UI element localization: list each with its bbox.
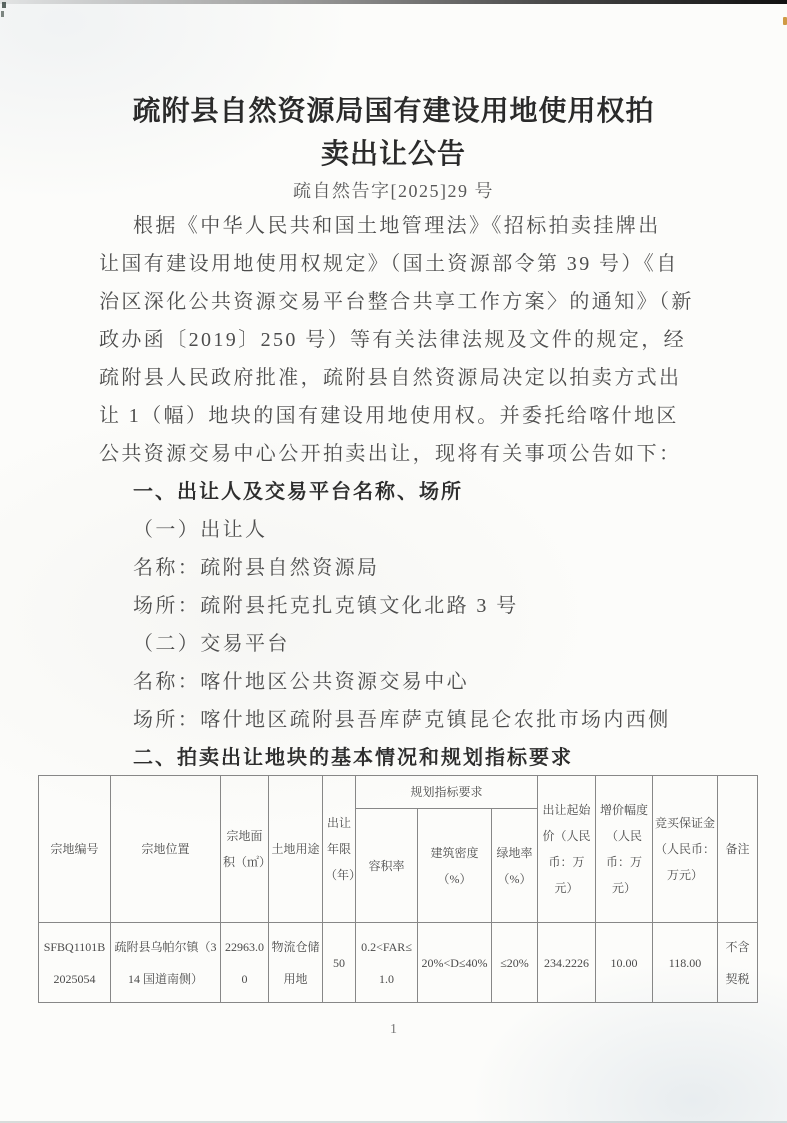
cell-location: 疏附县乌帕尔镇（314 国道南侧）	[111, 923, 221, 1003]
cell-term: 50	[323, 923, 356, 1003]
cell-far: 0.2<FAR≤1.0	[356, 923, 418, 1003]
section-heading-2: 二、拍卖出让地块的基本情况和规划指标要求	[99, 739, 723, 777]
cell-land-use: 物流仓储用地	[269, 923, 323, 1003]
body-line: 让 1（幅）地块的国有建设用地使用权。并委托给喀什地区	[99, 397, 723, 435]
th-planning-group: 规划指标要求	[356, 776, 538, 809]
th-building-density: 建筑密度（%）	[418, 809, 492, 923]
document-title-line: 卖出让公告	[0, 133, 787, 176]
body-line: 疏附县人民政府批准，疏附县自然资源局决定以拍卖方式出	[99, 359, 723, 397]
body-line: 名称：疏附县自然资源局	[99, 549, 723, 587]
scan-mark-topleft-1	[2, 2, 6, 8]
parcel-table: 宗地编号 宗地位置 宗地面积（㎡） 土地用途 出让年限（年） 规划指标要求 出让…	[38, 775, 758, 1003]
body-line: 让国有建设用地使用权规定》（国土资源部令第 39 号）《自	[99, 245, 723, 283]
scan-edge-top	[0, 0, 787, 4]
body-line: 治区深化公共资源交易平台整合共享工作方案〉的通知》（新	[99, 283, 723, 321]
page-number: 1	[0, 1022, 787, 1038]
scan-mark-topleft-2	[1, 11, 4, 17]
body-line: 场所：疏附县托克扎克镇文化北路 3 号	[99, 587, 723, 625]
body-line: 名称：喀什地区公共资源交易中心	[99, 663, 723, 701]
body-line: 场所：喀什地区疏附县吾库萨克镇昆仑农批市场内西侧	[99, 701, 723, 739]
th-term: 出让年限（年）	[323, 776, 356, 923]
cell-green-rate: ≤20%	[492, 923, 538, 1003]
th-far: 容积率	[356, 809, 418, 923]
th-parcel-no: 宗地编号	[39, 776, 111, 923]
document-page: 疏附县自然资源局国有建设用地使用权拍 卖出让公告 疏自然告字[2025]29 号…	[0, 0, 787, 1123]
th-start-price: 出让起始价（人民币：万元）	[538, 776, 596, 923]
th-deposit: 竞买保证金（人民币：万元）	[653, 776, 718, 923]
body-line: （一）出让人	[99, 511, 723, 549]
document-title-line: 疏附县自然资源局国有建设用地使用权拍	[0, 90, 787, 133]
body-line: （二）交易平台	[99, 625, 723, 663]
cell-area: 22963.00	[221, 923, 269, 1003]
document-body: 根据《中华人民共和国土地管理法》《招标拍卖挂牌出 让国有建设用地使用权规定》（国…	[99, 207, 723, 777]
cell-remark: 不含契税	[718, 923, 758, 1003]
th-remark: 备注	[718, 776, 758, 923]
body-line: 公共资源交易中心公开拍卖出让，现将有关事项公告如下：	[99, 435, 723, 473]
body-line: 政办函〔2019〕250 号）等有关法律法规及文件的规定，经	[99, 321, 723, 359]
cell-increment: 10.00	[596, 923, 653, 1003]
body-line: 根据《中华人民共和国土地管理法》《招标拍卖挂牌出	[99, 207, 723, 245]
th-green-rate: 绿地率（%）	[492, 809, 538, 923]
cell-start-price: 234.2226	[538, 923, 596, 1003]
cell-building-density: 20%<D≤40%	[418, 923, 492, 1003]
cell-parcel-no: SFBQ1101B2025054	[39, 923, 111, 1003]
table-row: SFBQ1101B2025054 疏附县乌帕尔镇（314 国道南侧） 22963…	[39, 923, 758, 1003]
document-number: 疏自然告字[2025]29 号	[0, 177, 787, 203]
cell-deposit: 118.00	[653, 923, 718, 1003]
th-location: 宗地位置	[111, 776, 221, 923]
document-title: 疏附县自然资源局国有建设用地使用权拍 卖出让公告	[0, 90, 787, 176]
th-increment: 增价幅度（人民币：万元）	[596, 776, 653, 923]
scan-mark-right	[783, 17, 787, 25]
section-heading-1: 一、出让人及交易平台名称、场所	[99, 473, 723, 511]
th-area: 宗地面积（㎡）	[221, 776, 269, 923]
th-land-use: 土地用途	[269, 776, 323, 923]
